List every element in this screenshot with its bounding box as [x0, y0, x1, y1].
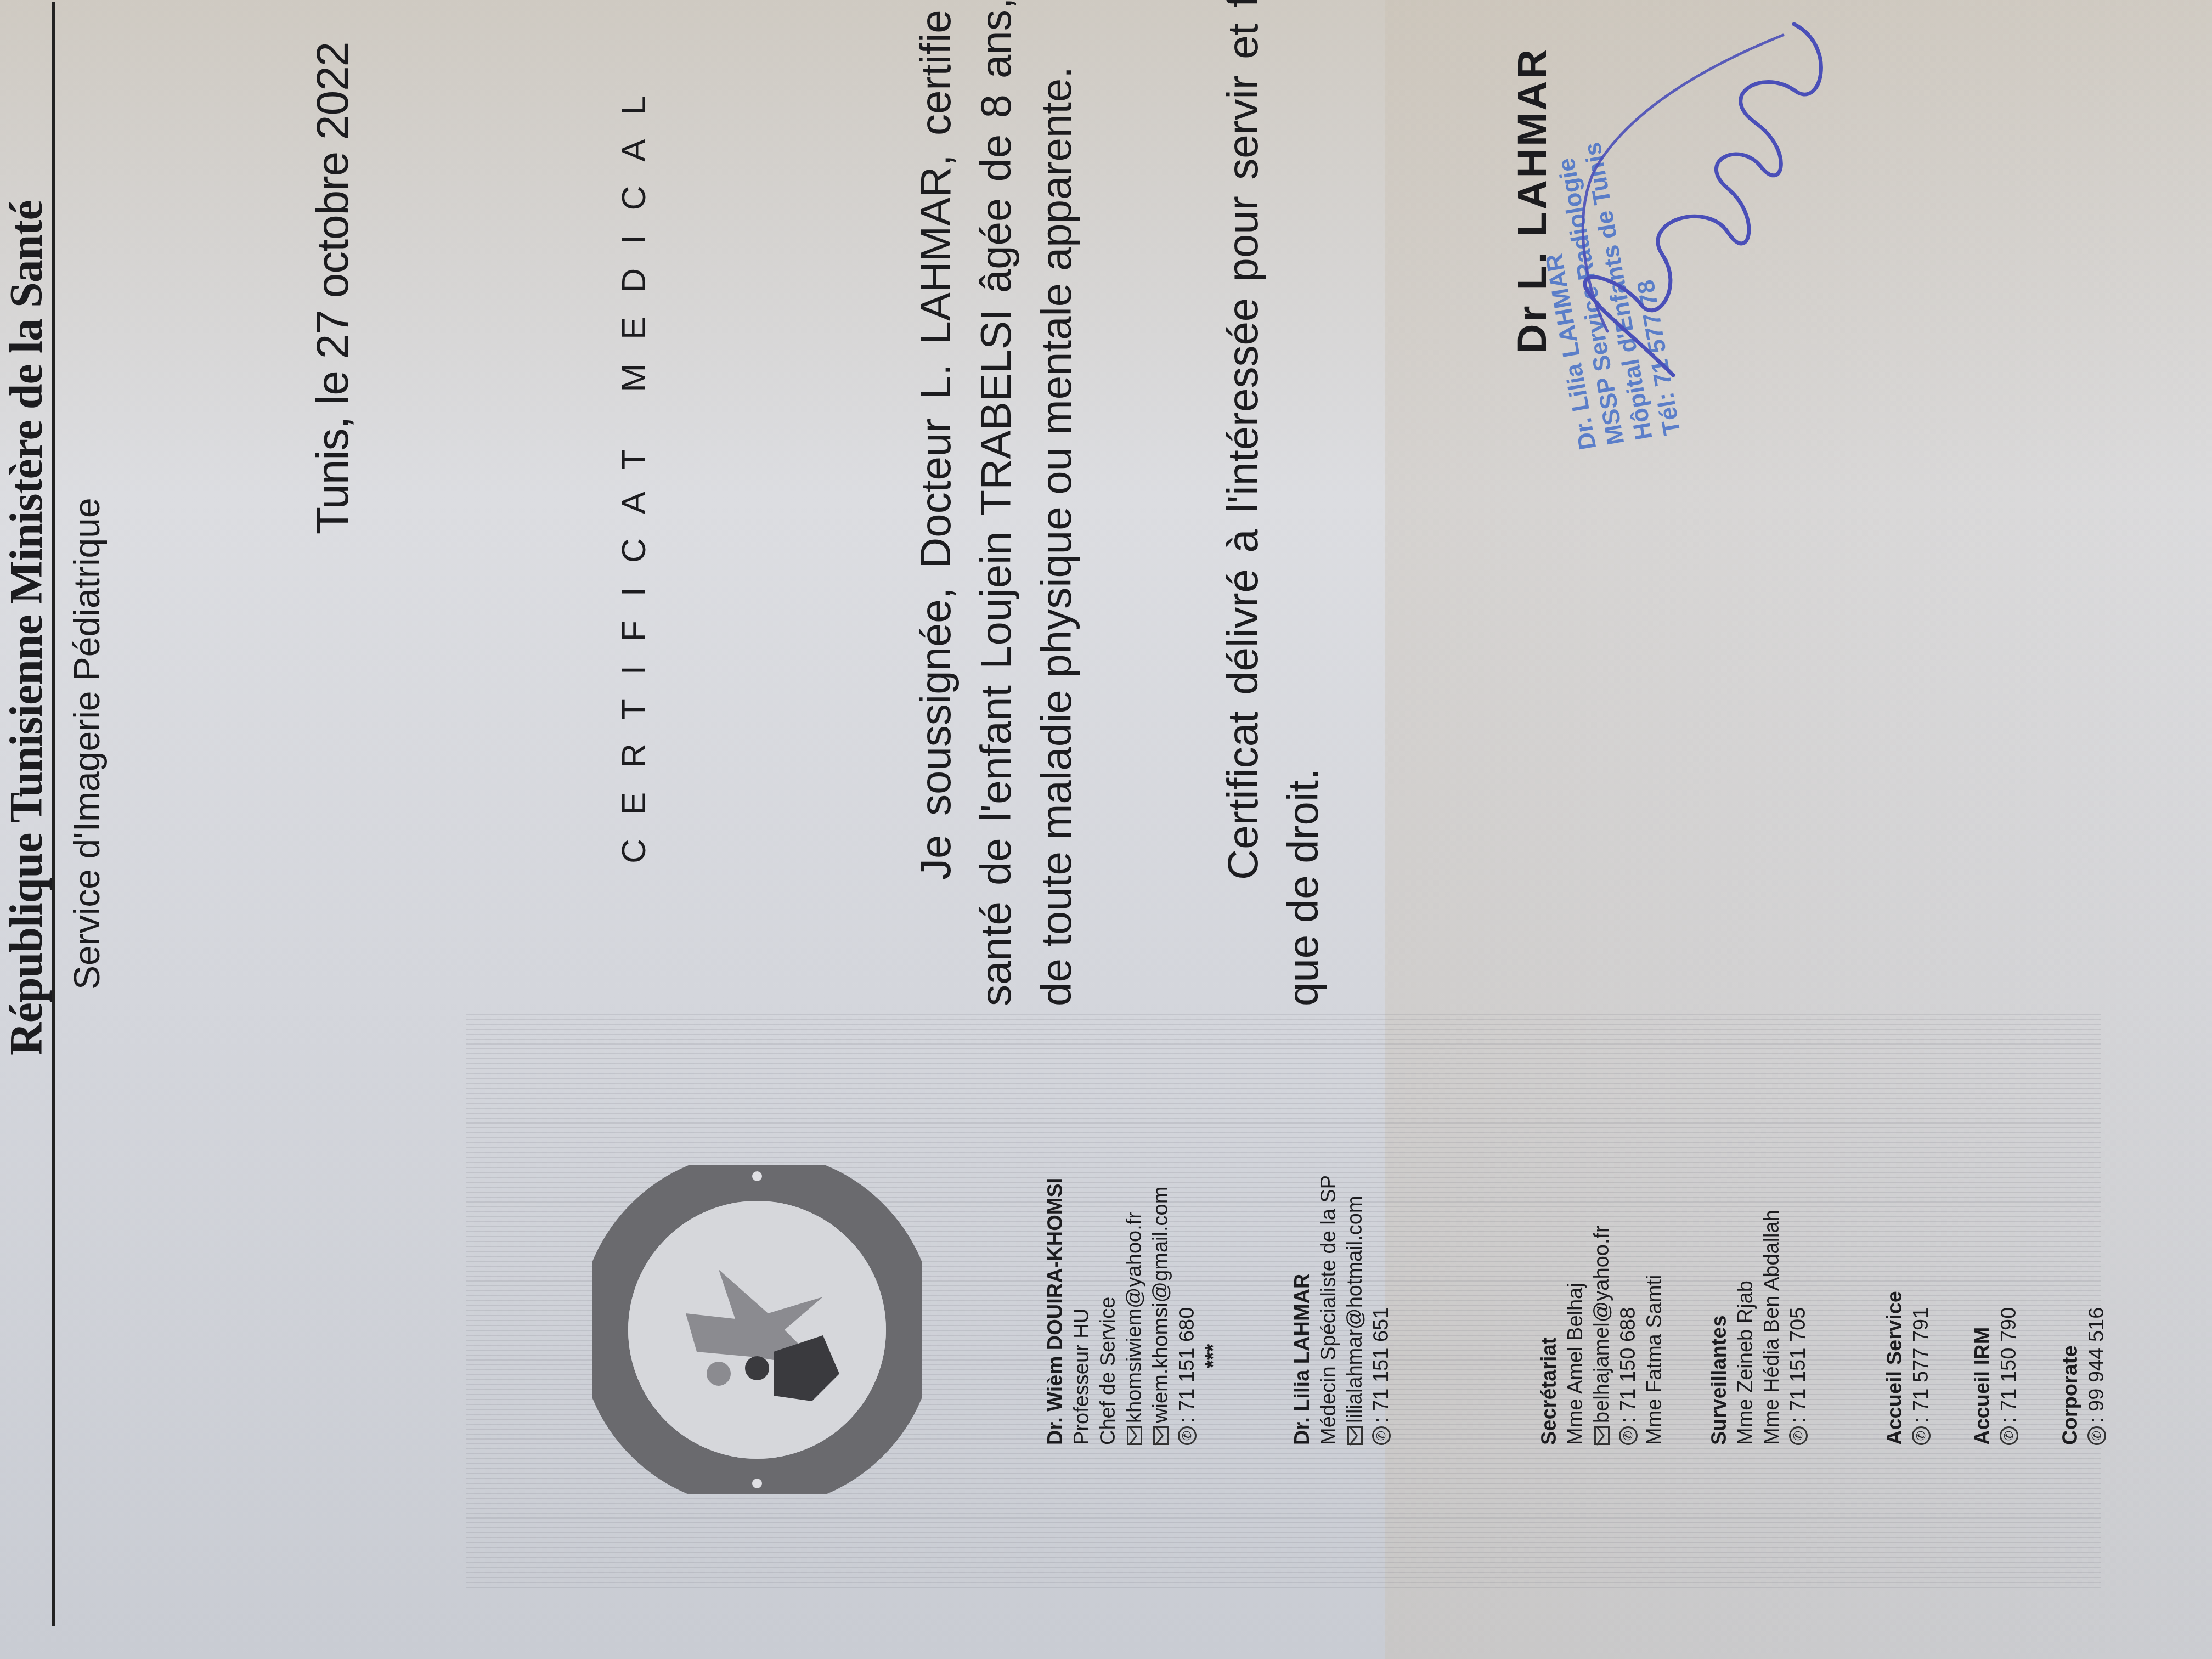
secretariat-block: Secrétariat Mme Amel Belhaj belhajamel@y…	[1536, 1226, 1668, 1445]
phone-icon: ✆	[2000, 1426, 2018, 1445]
email-row: belhajamel@yahoo.fr	[1589, 1226, 1615, 1445]
section-heading: Accueil Service	[1882, 1291, 1908, 1445]
phone-row: ✆: 71 150 688	[1615, 1226, 1641, 1445]
phone-number[interactable]: : 71 577 791	[1908, 1307, 1934, 1423]
email-link[interactable]: khomsiwiem@yahoo.fr	[1121, 1212, 1148, 1423]
staff-name: Dr. Wièm DOUIRA-KHOMSI	[1042, 1178, 1069, 1445]
document-date: Tunis, le 27 octobre 2022	[307, 42, 359, 534]
phone-icon: ✆	[1372, 1426, 1391, 1445]
phone-icon: ✆	[1789, 1426, 1808, 1445]
document-title: CERTIFICAT MEDICAL	[614, 72, 653, 864]
section-heading: Surveillantes	[1706, 1210, 1733, 1445]
service-name: Service d'Imagerie Pédiatrique	[66, 498, 108, 990]
section-heading: Corporate	[2057, 1307, 2084, 1445]
envelope-icon	[1153, 1426, 1169, 1445]
section-heading: Accueil IRM	[1970, 1307, 1996, 1445]
staff-medecin: Dr. Lilia LAHMAR Médecin Spécialiste de …	[1289, 1175, 1395, 1445]
contact-sidebar: Dr. Wièm DOUIRA-KHOMSI Professeur HU Che…	[466, 1012, 2101, 1588]
section-heading: Secrétariat	[1536, 1226, 1562, 1445]
email-row: khomsiwiem@yahoo.fr	[1121, 1178, 1148, 1445]
separator-stars: ***	[1200, 1178, 1227, 1445]
phone-row: ✆: 71 151 705	[1785, 1210, 1812, 1445]
medical-certificate-page: République Tunisienne Ministère de la Sa…	[0, 0, 2212, 1659]
paragraph-1-text: Je soussignée, Docteur L. LAHMAR, certif…	[911, 0, 1080, 1006]
phone-number[interactable]: : 71 150 688	[1615, 1307, 1641, 1423]
phone-row: ✆: 71 151 651	[1368, 1175, 1395, 1445]
envelope-icon	[1594, 1426, 1610, 1445]
hospital-logo	[592, 1165, 922, 1494]
person-name: Mme Hédia Ben Abdallah	[1759, 1210, 1785, 1445]
staff-title: Médecin Spécialiste de la SP	[1316, 1175, 1342, 1445]
phone-icon: ✆	[1912, 1426, 1931, 1445]
corporate-block: Corporate ✆: 99 944 516	[2057, 1307, 2110, 1445]
email-link[interactable]: wiem.khomsi@gmail.com	[1148, 1187, 1174, 1423]
phone-number[interactable]: : 71 151 651	[1368, 1307, 1395, 1423]
phone-number[interactable]: : 71 151 680	[1174, 1307, 1200, 1423]
staff-title: Professeur HU	[1069, 1178, 1095, 1445]
ministry-header: République Tunisienne Ministère de la Sa…	[0, 13, 60, 1056]
accueil-irm-block: Accueil IRM ✆: 71 150 790	[1970, 1307, 2022, 1445]
header-rule	[52, 2, 55, 1626]
surveillantes-block: Surveillantes Mme Zeineb Rjab Mme Hédia …	[1706, 1210, 1812, 1445]
email-link[interactable]: belhajamel@yahoo.fr	[1589, 1226, 1615, 1423]
phone-row: ✆: 99 944 516	[2084, 1307, 2110, 1445]
paragraph-2-text: Certificat délivré à l'intéressée pour s…	[1218, 0, 1327, 1006]
email-row: wiem.khomsi@gmail.com	[1148, 1178, 1174, 1445]
certificate-paragraph-1: Je soussignée, Docteur L. LAHMAR, certif…	[905, 0, 1086, 1006]
envelope-icon	[1347, 1426, 1363, 1445]
phone-icon: ✆	[2087, 1426, 2106, 1445]
staff-name: Dr. Lilia LAHMAR	[1289, 1175, 1316, 1445]
phone-number[interactable]: : 71 151 705	[1785, 1307, 1812, 1423]
phone-row: ✆: 71 577 791	[1908, 1291, 1934, 1445]
phone-number[interactable]: : 99 944 516	[2084, 1307, 2110, 1423]
envelope-icon	[1127, 1426, 1142, 1445]
certificate-paragraph-2: Certificat délivré à l'intéressée pour s…	[1212, 0, 1333, 1006]
person-name: Mme Fatma Samti	[1641, 1226, 1668, 1445]
person-name: Mme Zeineb Rjab	[1733, 1210, 1759, 1445]
phone-icon: ✆	[1619, 1426, 1638, 1445]
email-link[interactable]: lilialahmar@hotmail.com	[1342, 1196, 1368, 1423]
accueil-service-block: Accueil Service ✆: 71 577 791	[1882, 1291, 1934, 1445]
phone-icon: ✆	[1178, 1426, 1197, 1445]
phone-row: ✆: 71 150 790	[1996, 1307, 2022, 1445]
person-name: Mme Amel Belhaj	[1562, 1226, 1589, 1445]
phone-row: ✆: 71 151 680	[1174, 1178, 1200, 1445]
handwritten-signature	[1564, 13, 1849, 397]
staff-chef-de-service: Dr. Wièm DOUIRA-KHOMSI Professeur HU Che…	[1042, 1178, 1227, 1445]
phone-number[interactable]: : 71 150 790	[1996, 1307, 2022, 1423]
email-row: lilialahmar@hotmail.com	[1342, 1175, 1368, 1445]
staff-role: Chef de Service	[1095, 1178, 1121, 1445]
